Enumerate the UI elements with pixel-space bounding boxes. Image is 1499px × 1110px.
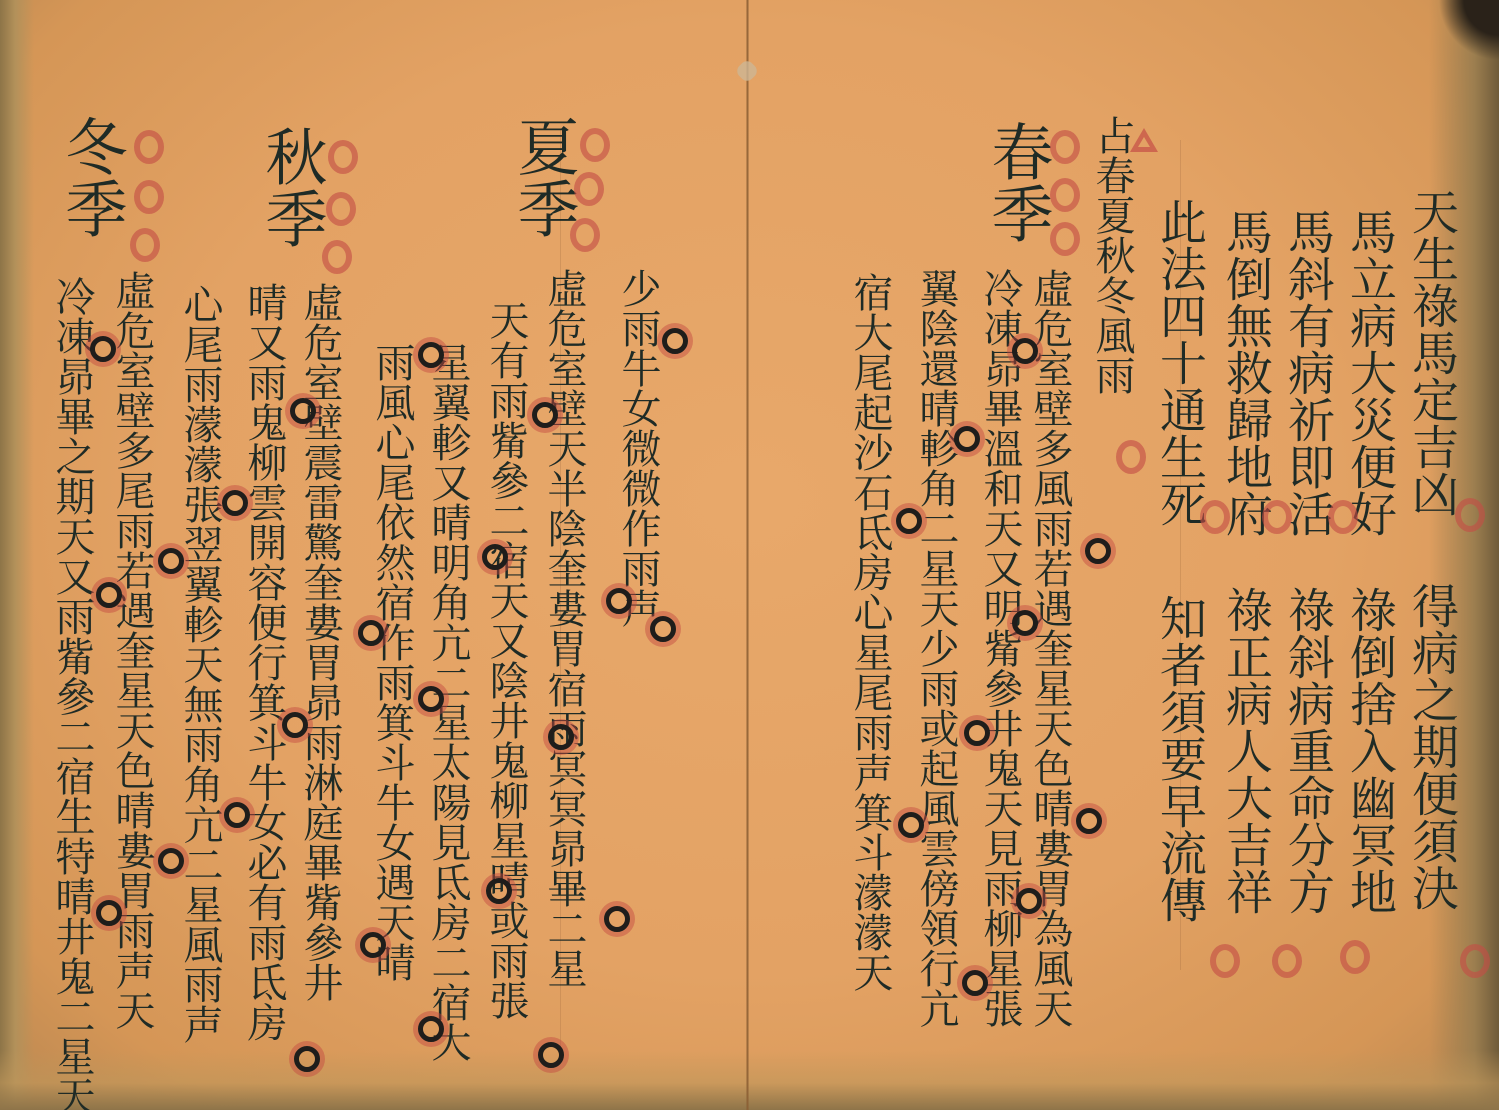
dot-mark-icon <box>222 490 248 516</box>
dot-mark-icon <box>532 402 558 428</box>
circle-mark-icon <box>328 140 358 174</box>
dot-mark-icon <box>1012 610 1038 636</box>
text-column: 少雨牛女微微作雨声 <box>618 268 658 628</box>
text-column: 冷凍昴畢之期天又雨觜參二宿生特晴井鬼二星天 <box>52 276 92 1110</box>
text-column: 知者須要早流傳 <box>1156 594 1203 923</box>
dot-mark-icon <box>158 848 184 874</box>
circle-mark-icon <box>1116 440 1146 474</box>
dot-mark-icon <box>360 932 386 958</box>
text-column: 翼陰還晴軫角二星天少雨或起風雲傍領行亢 <box>916 268 956 1028</box>
dot-mark-icon <box>964 720 990 746</box>
circle-mark-icon <box>1262 500 1292 534</box>
circle-mark-icon <box>326 192 356 226</box>
dot-mark-icon <box>482 544 508 570</box>
worn-right-edge <box>1429 0 1499 1110</box>
dot-mark-icon <box>418 686 444 712</box>
dot-mark-icon <box>358 620 384 646</box>
dot-mark-icon <box>548 724 574 750</box>
circle-mark-icon <box>580 128 610 162</box>
dot-mark-icon <box>96 582 122 608</box>
text-column: 祿正病人大吉祥 <box>1222 586 1269 915</box>
season-title-winter: 冬季 <box>60 115 122 239</box>
text-column: 得病之期便須決 <box>1408 582 1455 911</box>
season-title-summer: 夏季 <box>512 115 574 239</box>
season-title-spring: 春季 <box>986 120 1048 244</box>
dot-mark-icon <box>898 812 924 838</box>
circle-mark-icon <box>134 180 164 214</box>
season-title-autumn: 秋季 <box>260 125 322 249</box>
dot-mark-icon <box>662 328 688 354</box>
dot-mark-icon <box>224 802 250 828</box>
circle-mark-icon <box>1455 498 1485 532</box>
worn-left-edge <box>0 0 34 1110</box>
dot-mark-icon <box>954 426 980 452</box>
circle-mark-icon <box>574 172 604 206</box>
text-column: 馬斜有病祈即活 <box>1284 208 1331 537</box>
dot-mark-icon <box>282 712 308 738</box>
text-column: 晴又雨鬼柳雲開容便行箕斗牛女必有雨氐房 <box>244 282 284 1042</box>
circle-mark-icon <box>1328 500 1358 534</box>
circle-mark-icon <box>1200 500 1230 534</box>
dot-mark-icon <box>96 900 122 926</box>
circle-mark-icon <box>1050 178 1080 212</box>
dot-mark-icon <box>290 398 316 424</box>
section-heading: 占春夏秋冬風雨 <box>1092 115 1132 395</box>
text-column: 此法四十通生死 <box>1156 198 1203 527</box>
dot-mark-icon <box>1085 538 1111 564</box>
dot-mark-icon <box>418 342 444 368</box>
torn-corner <box>1419 0 1499 80</box>
text-column: 虛危室壁多風雨若遇奎星天色晴婁胃為風天 <box>1030 268 1070 1028</box>
circle-mark-icon <box>1050 130 1080 164</box>
dot-mark-icon <box>1076 808 1102 834</box>
dot-mark-icon <box>650 616 676 642</box>
circle-mark-icon <box>1050 222 1080 256</box>
dot-mark-icon <box>896 508 922 534</box>
text-column: 祿倒捨入幽冥地 <box>1346 586 1393 915</box>
dot-mark-icon <box>538 1042 564 1068</box>
circle-mark-icon <box>134 130 164 164</box>
binding-knot <box>734 58 759 83</box>
circle-mark-icon <box>1272 944 1302 978</box>
text-column: 虛危室壁震雷驚奎婁胃昴雨淋庭畢觜參井 <box>300 282 340 1002</box>
text-column: 冷凍昴畢溫和天又明觜參井鬼天見雨柳星張 <box>980 268 1020 1028</box>
text-column: 雨風心尾依然宿作雨箕斗牛女遇天晴 <box>372 342 412 982</box>
text-column: 天生祿馬定吉凶 <box>1408 188 1455 517</box>
dot-mark-icon <box>158 548 184 574</box>
dot-mark-icon <box>294 1046 320 1072</box>
manuscript-spread: 天生祿馬定吉凶 馬立病大災便好 馬斜有病祈即活 馬倒無救歸地府 此法四十通生死 … <box>0 0 1499 1110</box>
circle-mark-icon <box>1210 944 1240 978</box>
circle-mark-icon <box>1340 940 1370 974</box>
text-column: 宿大尾起沙石氐房心星尾雨声箕斗濛濛天 <box>850 272 890 992</box>
dot-mark-icon <box>962 970 988 996</box>
circle-mark-icon <box>1460 944 1490 978</box>
circle-mark-icon <box>322 240 352 274</box>
dot-mark-icon <box>418 1016 444 1042</box>
text-column: 天有雨觜參二宿天又陰井鬼柳星晴或雨張 <box>486 300 526 1020</box>
circle-mark-icon <box>130 228 160 262</box>
triangle-mark-icon <box>1130 128 1158 152</box>
dot-mark-icon <box>606 588 632 614</box>
dot-mark-icon <box>90 336 116 362</box>
text-column: 馬立病大災便好 <box>1346 208 1393 537</box>
circle-mark-icon <box>570 218 600 252</box>
text-column: 心尾雨濛濛張翌翼軫天無雨角亢二星風雨声 <box>180 284 220 1044</box>
text-column: 虛危室壁天半陰奎婁胃宿雨冥冥昴畢二星 <box>544 268 584 988</box>
text-column: 祿斜病重命分方 <box>1284 586 1331 915</box>
text-column: 馬倒無救歸地府 <box>1222 208 1269 537</box>
worn-bottom-edge <box>0 1050 1499 1110</box>
dot-mark-icon <box>604 906 630 932</box>
center-fold <box>746 0 749 1110</box>
dot-mark-icon <box>486 878 512 904</box>
dot-mark-icon <box>1012 338 1038 364</box>
dot-mark-icon <box>1016 888 1042 914</box>
